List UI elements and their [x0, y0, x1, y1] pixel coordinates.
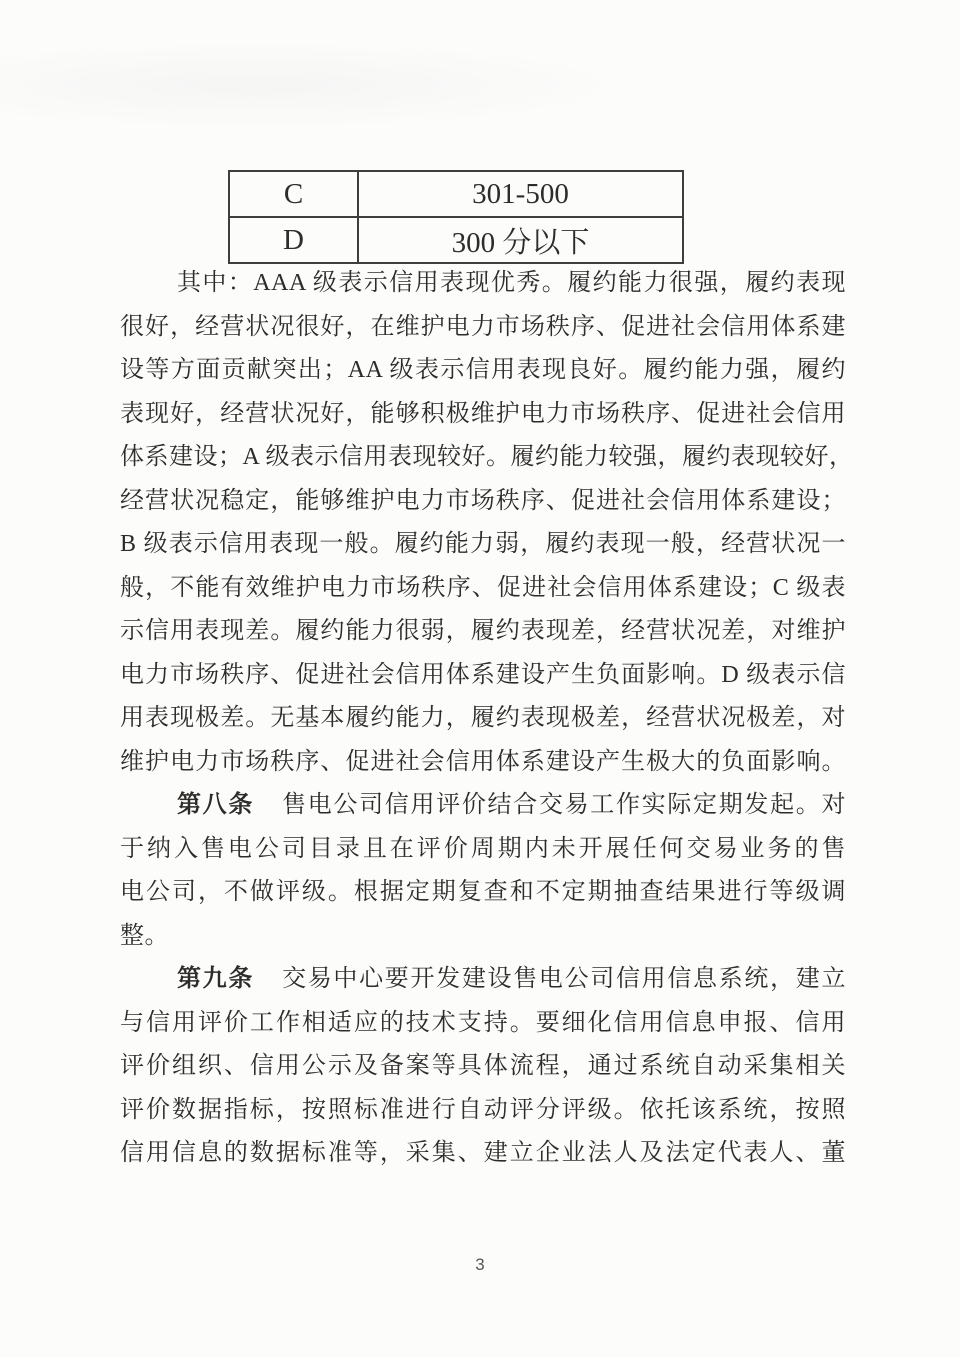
text-line: 设等方面贡献突出；AA 级表示信用表现良好。履约能力强，履约 — [120, 349, 846, 393]
text-line: 第九条交易中心要开发建设售电公司信用信息系统，建立 — [120, 958, 846, 1002]
text-line: 表现好，经营状况好，能够积极维护电力市场秩序、促进社会信用 — [120, 393, 846, 437]
article-first-line: 售电公司信用评价结合交易工作实际定期发起。对 — [282, 792, 846, 818]
text-line: 经营状况稳定，能够维护电力市场秩序、促进社会信用体系建设； — [120, 480, 846, 524]
document-page: C 301-500 D 300 分以下 其中：AAA 级表示信用表现优秀。履约能… — [0, 0, 960, 1357]
table-row: C 301-500 — [229, 171, 683, 217]
text-line: 与信用评价工作相适应的技术支持。要细化信用信息申报、信用 — [120, 1002, 846, 1046]
text-line: 用表现极差。无基本履约能力，履约表现极差，经营状况极差，对 — [120, 697, 846, 741]
text-line: 维护电力市场秩序、促进社会信用体系建设产生极大的负面影响。 — [120, 741, 846, 785]
text-line: 评价组织、信用公示及备案等具体流程，通过系统自动采集相关 — [120, 1045, 846, 1089]
text-line: 般，不能有效维护电力市场秩序、促进社会信用体系建设；C 级表 — [120, 567, 846, 611]
range-cell: 301-500 — [358, 171, 683, 217]
text-line: 第八条售电公司信用评价结合交易工作实际定期发起。对 — [120, 784, 846, 828]
text-line: 很好，经营状况很好，在维护电力市场秩序、促进社会信用体系建 — [120, 306, 846, 350]
article-heading: 第九条 — [177, 966, 254, 992]
article-first-line: 交易中心要开发建设售电公司信用信息系统，建立 — [282, 966, 846, 992]
range-cell: 300 分以下 — [358, 217, 683, 263]
table-row: D 300 分以下 — [229, 217, 683, 263]
text-line: 信用信息的数据标准等，采集、建立企业法人及法定代表人、董 — [120, 1132, 846, 1176]
page-number: 3 — [0, 1255, 960, 1275]
score-table: C 301-500 D 300 分以下 — [228, 170, 684, 264]
text-line: 评价数据指标，按照标准进行自动评分评级。依托该系统，按照 — [120, 1089, 846, 1133]
article-heading: 第八条 — [177, 792, 254, 818]
document-body: 其中：AAA 级表示信用表现优秀。履约能力很强，履约表现 很好，经营状况很好，在… — [120, 262, 846, 1176]
text-line: B 级表示信用表现一般。履约能力弱，履约表现一般，经营状况一 — [120, 523, 846, 567]
grade-cell: C — [229, 171, 358, 217]
text-line: 电力市场秩序、促进社会信用体系建设产生负面影响。D 级表示信 — [120, 654, 846, 698]
text-line: 于纳入售电公司目录且在评价周期内未开展任何交易业务的售 — [120, 828, 846, 872]
text-line: 整。 — [120, 915, 846, 959]
grade-cell: D — [229, 217, 358, 263]
text-line: 其中：AAA 级表示信用表现优秀。履约能力很强，履约表现 — [120, 262, 846, 306]
text-line: 示信用表现差。履约能力很弱，履约表现差，经营状况差，对维护 — [120, 610, 846, 654]
text-line: 电公司，不做评级。根据定期复查和不定期抽查结果进行等级调 — [120, 871, 846, 915]
text-line: 体系建设；A 级表示信用表现较好。履约能力较强，履约表现较好， — [120, 436, 846, 480]
